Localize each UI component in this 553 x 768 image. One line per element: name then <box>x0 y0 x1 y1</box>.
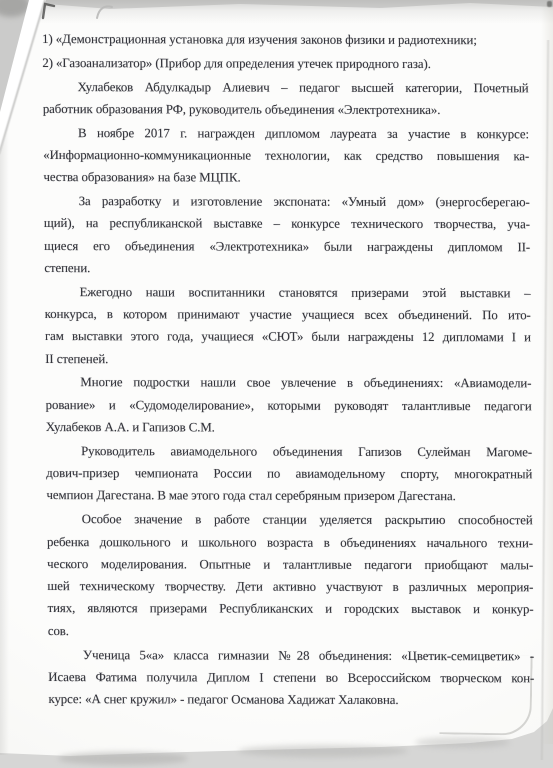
paragraph: Особое значение в работе станции уделяет… <box>47 508 534 643</box>
text-line: 2) «Газоанализатор» (Прибор для определе… <box>42 52 528 76</box>
text-line: ческого моделирования. Опытные и талантл… <box>47 553 533 577</box>
paragraph: В ноябре 2017 г. награжден дипломом лаур… <box>43 122 530 190</box>
text-line: Хулабеков Абдулкадыр Алиевич – педагог в… <box>42 76 528 100</box>
text-line: гам выставки этого года, учащиеся «СЮТ» … <box>45 325 531 349</box>
paragraph: 2) «Газоанализатор» (Прибор для определе… <box>42 52 528 76</box>
text-line: дович-призер чемпионата России по авиамо… <box>46 462 532 486</box>
text-line: Исаева Фатима получила Диплом I степени … <box>48 666 534 690</box>
paragraph: Многие подростки нашли свое увлечение в … <box>45 371 532 439</box>
text-line: Ученица 5«а» класса гимназии №28 объедин… <box>48 644 534 668</box>
text-line: работник образования РФ, руководитель об… <box>43 98 529 122</box>
paragraph: Хулабеков Абдулкадыр Алиевич – педагог в… <box>42 76 528 122</box>
text-line: чемпион Дагестана. В мае этого года стал… <box>46 484 532 508</box>
paragraph: 1) «Демонстрационная установка для изуче… <box>42 28 528 52</box>
text-line: Руководитель авиамодельного объединения … <box>46 440 532 464</box>
scan-artifact-smudge <box>58 752 188 765</box>
text-line: щий), на республиканской выставке – конк… <box>44 212 530 236</box>
text-line: курсе: «А снег кружил» - педагог Османов… <box>48 688 534 712</box>
text-line: За разработку и изготовление экспоната: … <box>44 190 530 214</box>
scan-artifact-smudge <box>415 737 510 748</box>
scanned-document-page: { "page": { "kind": "scanned typewritten… <box>0 0 553 768</box>
document-text: 1) «Демонстрационная установка для изуче… <box>42 28 535 713</box>
text-line: Многие подростки нашли свое увлечение в … <box>45 371 531 395</box>
scan-artifact-smudge <box>238 745 408 757</box>
text-line: рование» и «Судомоделирование», которыми… <box>46 394 532 418</box>
paragraph: Ежегодно наши воспитанники становятся пр… <box>44 281 531 371</box>
paragraph: За разработку и изготовление экспоната: … <box>44 190 531 280</box>
text-line: Хулабеков А.А. и Гапизов С.М. <box>46 416 532 440</box>
text-line: тиях, являются призерами Республиканских… <box>47 597 533 621</box>
text-line: Ежегодно наши воспитанники становятся пр… <box>44 281 530 305</box>
paragraph: Ученица 5«а» класса гимназии №28 объедин… <box>48 644 535 712</box>
top-scan-shadow <box>30 0 553 24</box>
text-line: щиеся его объединения «Электротехника» б… <box>44 235 530 259</box>
text-line: II степеней. <box>45 348 531 372</box>
text-line: сов. <box>48 620 534 644</box>
text-line: конкурса, в котором принимают участие уч… <box>45 303 531 327</box>
text-line: шей техническому творчеству. Дети активн… <box>47 575 533 599</box>
text-line: ребенка дошкольного и школьного возраста… <box>47 531 533 555</box>
text-line: чества образования» на базе МЦПК. <box>43 166 529 190</box>
text-line: степени. <box>44 257 530 281</box>
text-line: Особое значение в работе станции уделяет… <box>47 508 533 532</box>
paragraph: Руководитель авиамодельного объединения … <box>46 440 533 508</box>
text-line: 1) «Демонстрационная установка для изуче… <box>42 28 528 52</box>
text-line: В ноябре 2017 г. награжден дипломом лаур… <box>43 122 529 146</box>
text-line: «Информационно-коммуникационные технолог… <box>43 144 529 168</box>
